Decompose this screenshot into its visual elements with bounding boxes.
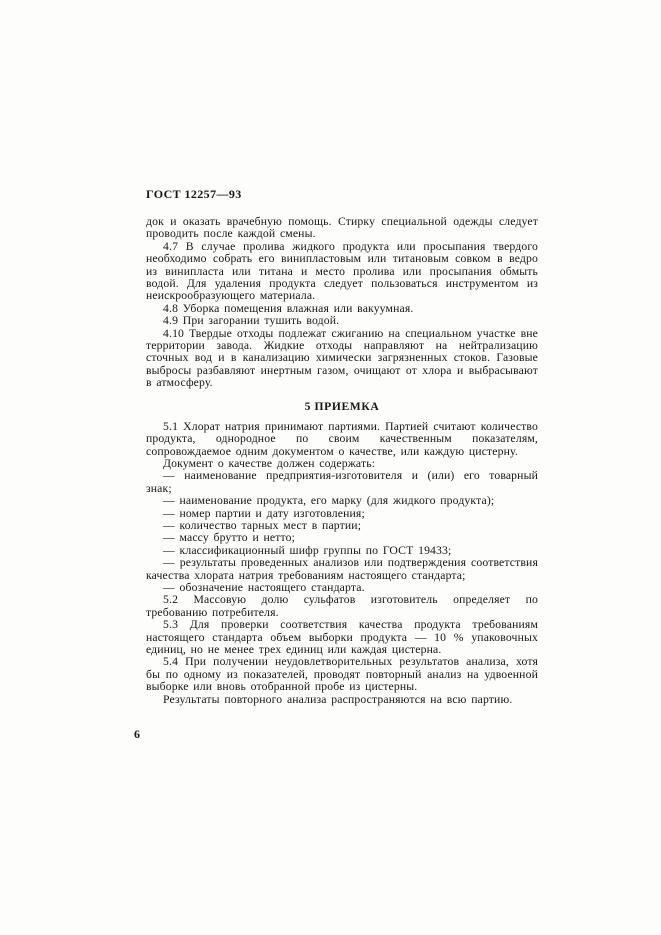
doc-quality-item-analysis-results: — результаты проведенных анализов или по… [146, 557, 538, 582]
clause-5-4-result: Результаты повторного анализа распростра… [146, 694, 538, 706]
clause-5-4: 5.4 При получении неудовлетворительных р… [146, 656, 538, 693]
clause-4-9: 4.9 При загорании тушить водой. [146, 315, 538, 327]
clause-5-1: 5.1 Хлорат натрия принимают партиями. Па… [146, 421, 538, 458]
clause-5-3: 5.3 Для проверки соответствия качества п… [146, 619, 538, 656]
paragraph-continuation: док и оказать врачебную помощь. Стирку с… [146, 216, 538, 241]
clause-4-7: 4.7 В случае пролива жидкого продукта ил… [146, 241, 538, 303]
document-page: ГОСТ 12257—93 док и оказать врачебную по… [0, 0, 661, 935]
document-number: ГОСТ 12257—93 [146, 187, 538, 202]
clause-5-2: 5.2 Массовую долю сульфатов изготовитель… [146, 594, 538, 619]
text-block: ГОСТ 12257—93 док и оказать врачебную по… [146, 187, 538, 706]
doc-quality-item-manufacturer: — наименование предприятия-изготовителя … [146, 470, 538, 495]
doc-quality-item-product-name: — наименование продукта, его марку (для … [146, 495, 538, 507]
section-5-heading: 5 ПРИЕМКА [146, 400, 538, 413]
doc-quality-item-mass: — массу брутто и нетто; [146, 532, 538, 544]
page-number: 6 [134, 727, 140, 742]
clause-4-10: 4.10 Твердые отходы подлежат сжиганию на… [146, 328, 538, 390]
